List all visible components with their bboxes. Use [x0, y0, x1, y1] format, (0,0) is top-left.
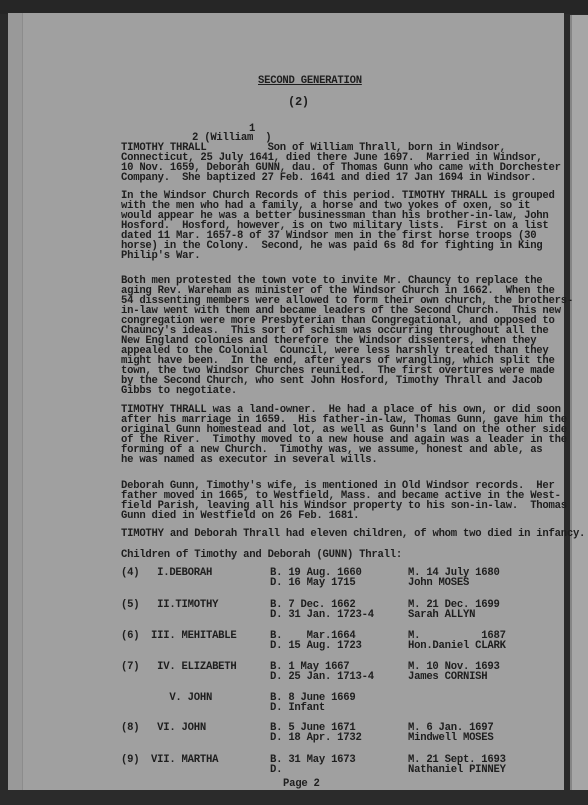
- child-spouse: Mindwell MOSES: [408, 733, 494, 743]
- child-spouse: Hon.Daniel CLARK: [408, 641, 506, 651]
- child-died: D. 31 Jan. 1723-4: [270, 610, 374, 620]
- child-num: (4): [121, 568, 139, 578]
- scan-bottom-border: [0, 790, 588, 805]
- adjacent-page-edge: [570, 15, 588, 793]
- child-spouse: Nathaniel PINNEY: [408, 765, 506, 775]
- generation-number: (2): [288, 97, 309, 107]
- child-spouse: James CORNISH: [408, 672, 487, 682]
- child-num: (9): [121, 755, 139, 765]
- child-died: D. 16 May 1715: [270, 578, 356, 588]
- child-name: VII. MARTHA: [151, 755, 218, 765]
- child-row: (5) II.TIMOTHYB. 7 Dec. 1662D. 31 Jan. 1…: [121, 600, 541, 622]
- text-line: Gunn died in Westfield on 26 Feb. 1681.: [121, 511, 541, 521]
- paragraph-land-owner: TIMOTHY THRALL was a land-owner. He had …: [121, 405, 541, 465]
- child-died: D. Infant: [270, 703, 325, 713]
- child-name: III. MEHITABLE: [151, 631, 237, 641]
- paragraph-deborah-gunn: Deborah Gunn, Timothy's wife, is mention…: [121, 481, 541, 521]
- child-born: B. 31 May 1673: [270, 755, 356, 765]
- scan-top-border: [0, 0, 588, 14]
- text-line: Philip's War.: [121, 251, 541, 261]
- child-name: II.TIMOTHY: [151, 600, 218, 610]
- child-num: (5): [121, 600, 139, 610]
- page-number: Page 2: [283, 779, 320, 789]
- child-spouse: Sarah ALLYN: [408, 610, 475, 620]
- text-line: Company. She baptized 27 Feb. 1641 and d…: [121, 173, 541, 183]
- child-died: D. 18 Apr. 1732: [270, 733, 362, 743]
- page-heading: SECOND GENERATION: [258, 76, 362, 86]
- child-spouse: John MOSES: [408, 578, 469, 588]
- child-name: V. JOHN: [151, 693, 212, 703]
- child-name: I.DEBORAH: [151, 568, 212, 578]
- child-row: V. JOHNB. 8 June 1669D. Infant: [121, 693, 541, 715]
- child-num: (8): [121, 723, 139, 733]
- child-name: IV. ELIZABETH: [151, 662, 237, 672]
- text-line: Gibbs to negotiate.: [121, 386, 541, 396]
- child-row: (7) IV. ELIZABETHB. 1 May 1667D. 25 Jan.…: [121, 662, 541, 684]
- children-summary: TIMOTHY and Deborah Thrall had eleven ch…: [121, 529, 585, 539]
- paragraph-church-records: In the Windsor Church Records of this pe…: [121, 191, 541, 261]
- child-name: VI. JOHN: [151, 723, 206, 733]
- intro-paragraph: TIMOTHY THRALL Son of William Thrall, bo…: [121, 143, 541, 183]
- child-died: D.: [270, 765, 282, 775]
- child-row: (9)VII. MARTHAB. 31 May 1673D.M. 21 Sept…: [121, 755, 541, 777]
- child-died: D. 15 Aug. 1723: [270, 641, 362, 651]
- child-row: (4) I.DEBORAHB. 19 Aug. 1660D. 16 May 17…: [121, 568, 541, 590]
- child-died: D. 25 Jan. 1713-4: [270, 672, 374, 682]
- paragraph-second-church: Both men protested the town vote to invi…: [121, 276, 541, 396]
- child-row: (8) VI. JOHNB. 5 June 1671D. 18 Apr. 173…: [121, 723, 541, 745]
- child-row: (6)III. MEHITABLEB. Mar.1664D. 15 Aug. 1…: [121, 631, 541, 653]
- child-num: (6): [121, 631, 139, 641]
- children-heading: Children of Timothy and Deborah (GUNN) T…: [121, 550, 402, 560]
- text-line: he was named as executor in several will…: [121, 455, 541, 465]
- child-num: (7): [121, 662, 139, 672]
- page-binding-edge: [8, 13, 23, 791]
